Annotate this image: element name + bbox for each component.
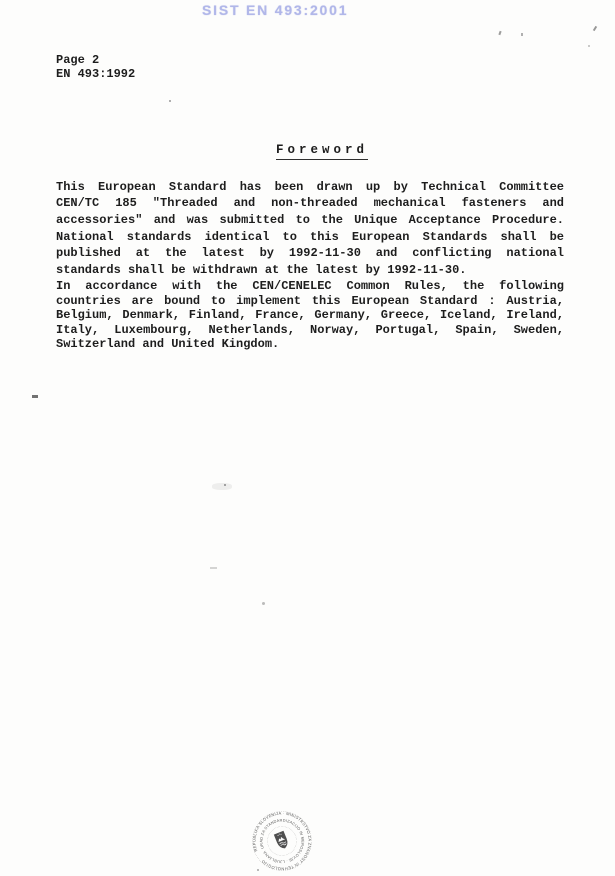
scan-speck xyxy=(257,869,259,871)
scan-speck xyxy=(588,45,590,47)
text-line: published at the latest by 1992-11-30 an… xyxy=(56,245,564,261)
scan-speck xyxy=(32,395,38,398)
scanned-document-page: SIST EN 493:2001 Page 2 EN 493:1992 Fore… xyxy=(0,0,615,876)
page-number: Page 2 xyxy=(56,53,135,67)
stamp-emblem xyxy=(274,831,290,851)
text-line: National standards identical to this Eur… xyxy=(56,229,564,245)
scan-speck xyxy=(210,567,217,569)
section-heading-foreword: Foreword xyxy=(276,143,368,160)
text-line: Italy, Luxembourg, Netherlands, Norway, … xyxy=(56,323,564,338)
text-line: This European Standard has been drawn up… xyxy=(56,179,564,195)
text-line: standards shall be withdrawn at the late… xyxy=(56,262,564,278)
scan-speck xyxy=(169,100,171,102)
text-line: Switzerland and United Kingdom. xyxy=(56,337,564,352)
certification-stamp: REPUBLIKA SLOVENIJA · MINISTRSTVO ZA ZNA… xyxy=(247,806,317,876)
paragraph-national-standards: National standards identical to this Eur… xyxy=(56,229,564,278)
page-info: Page 2 EN 493:1992 xyxy=(56,53,135,81)
scan-speck xyxy=(212,483,232,490)
text-line: In accordance with the CEN/CENELEC Commo… xyxy=(56,279,564,294)
text-line: CEN/TC 185 "Threaded and non-threaded me… xyxy=(56,195,564,211)
text-line: countries are bound to implement this Eu… xyxy=(56,294,564,309)
scan-speck xyxy=(593,26,597,31)
paragraph-committee: This European Standard has been drawn up… xyxy=(56,179,564,228)
text-line: Belgium, Denmark, Finland, France, Germa… xyxy=(56,308,564,323)
text-line: accessories" and was submitted to the Un… xyxy=(56,212,564,228)
watermark-sist-reference: SIST EN 493:2001 xyxy=(202,2,348,18)
scan-speck xyxy=(262,602,265,605)
scan-speck xyxy=(498,31,501,35)
scan-speck xyxy=(224,484,226,486)
standard-number: EN 493:1992 xyxy=(56,67,135,81)
scan-speck xyxy=(521,33,523,36)
paragraph-countries: In accordance with the CEN/CENELEC Commo… xyxy=(56,279,564,352)
